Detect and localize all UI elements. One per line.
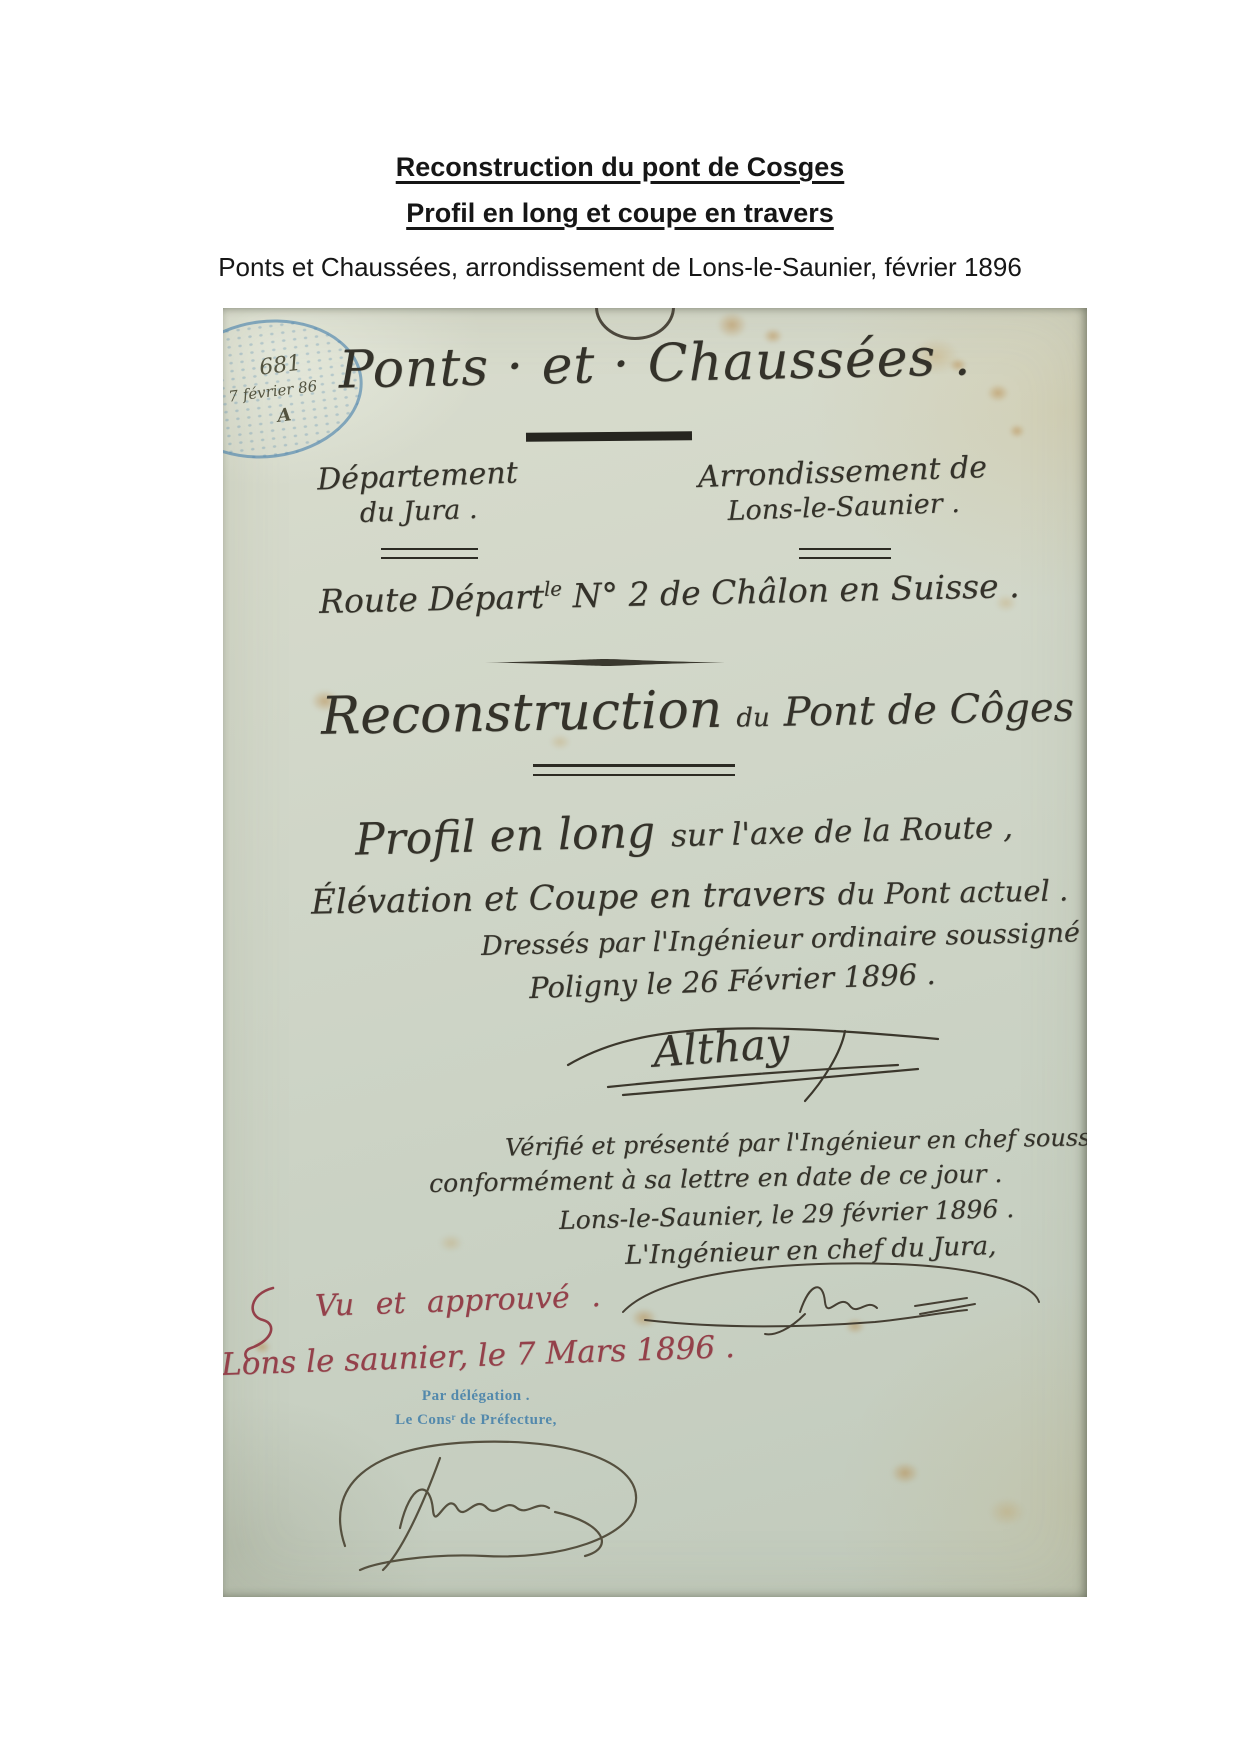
vu-approuve-line: Vu et approuvé . [314,1279,601,1324]
delegation-stamp-text: Par délégation . Le Consʳ de Préfecture, [351,1384,601,1432]
elevation-line-rest: du Pont actuel . [837,873,1068,911]
signature-ingenieur-ordinaire: Althay [553,1013,953,1113]
main-title: Reconstruction du Pont de Côges . [321,673,1087,747]
main-title-word3: Pont de Côges . [783,684,1087,736]
elevation-line: Élévation et Coupe en travers du Pont ac… [311,869,1069,922]
stain [891,1462,919,1484]
profil-line-rest: sur l'axe de la Route , [671,809,1014,854]
heading-rule [526,431,692,441]
doc-subtitle: Ponts et Chaussées, arrondissement de Lo… [0,252,1240,283]
profil-line-lead: Profil en long [354,807,655,866]
route-line-part2: N° 2 de Châlon en Suisse . [562,566,1020,615]
departement-underline [381,548,478,559]
profil-line: Profil en long sur l'axe de la Route , [354,797,1013,865]
route-line-part1: Route Départ [319,577,545,621]
arrondissement-underline [799,548,891,559]
dresses-line: Dressés par l'Ingénieur ordinaire soussi… [481,917,1087,962]
route-line: Route Départle N° 2 de Châlon en Suisse … [319,566,1020,621]
doc-title-line2: Profil en long et coupe en travers [0,198,1240,229]
main-title-word1: Reconstruction [321,680,723,747]
route-line-superscript: le [544,577,563,600]
main-title-word2: du [736,703,770,734]
verification-line1: Vérifié et présenté par l'Ingénieur en c… [505,1122,1087,1161]
verification-line2: conformément à sa lettre en date de ce j… [429,1159,1003,1198]
swelled-rule [485,654,725,672]
main-title-underline [533,764,735,776]
signature-ingenieur-en-chef [615,1254,1047,1342]
archival-photo: 681 7 février 86 A Ponts · et · Chaussée… [223,308,1087,1597]
signature-conseiller-prefecture [305,1428,665,1578]
doc-title-line1: Reconstruction du pont de Cosges [0,152,1240,183]
stain [989,1498,1025,1526]
stain [439,1234,463,1252]
document-page: Reconstruction du pont de Cosges Profil … [0,0,1240,1754]
departement-block: Département du Jura . [274,453,562,533]
verification-date-line: Lons-le-Saunier, le 29 février 1896 . [559,1194,1015,1235]
stamp-letter: A [276,404,292,427]
delegation-line1: Par délégation . [351,1384,601,1408]
elevation-line-lead: Élévation et Coupe en travers [311,874,826,923]
stain [1009,424,1025,438]
arrondissement-block: Arrondissement de Lons-le-Saunier . [694,449,992,529]
ponts-et-chaussees-heading: Ponts · et · Chaussées . [223,325,1087,403]
poligny-date-line: Poligny le 26 Février 1896 . [529,957,937,1005]
approval-date-line: Lons le saunier, le 7 Mars 1896 . [223,1329,735,1383]
signature-ordinaire-scribble: Althay [651,1018,791,1076]
